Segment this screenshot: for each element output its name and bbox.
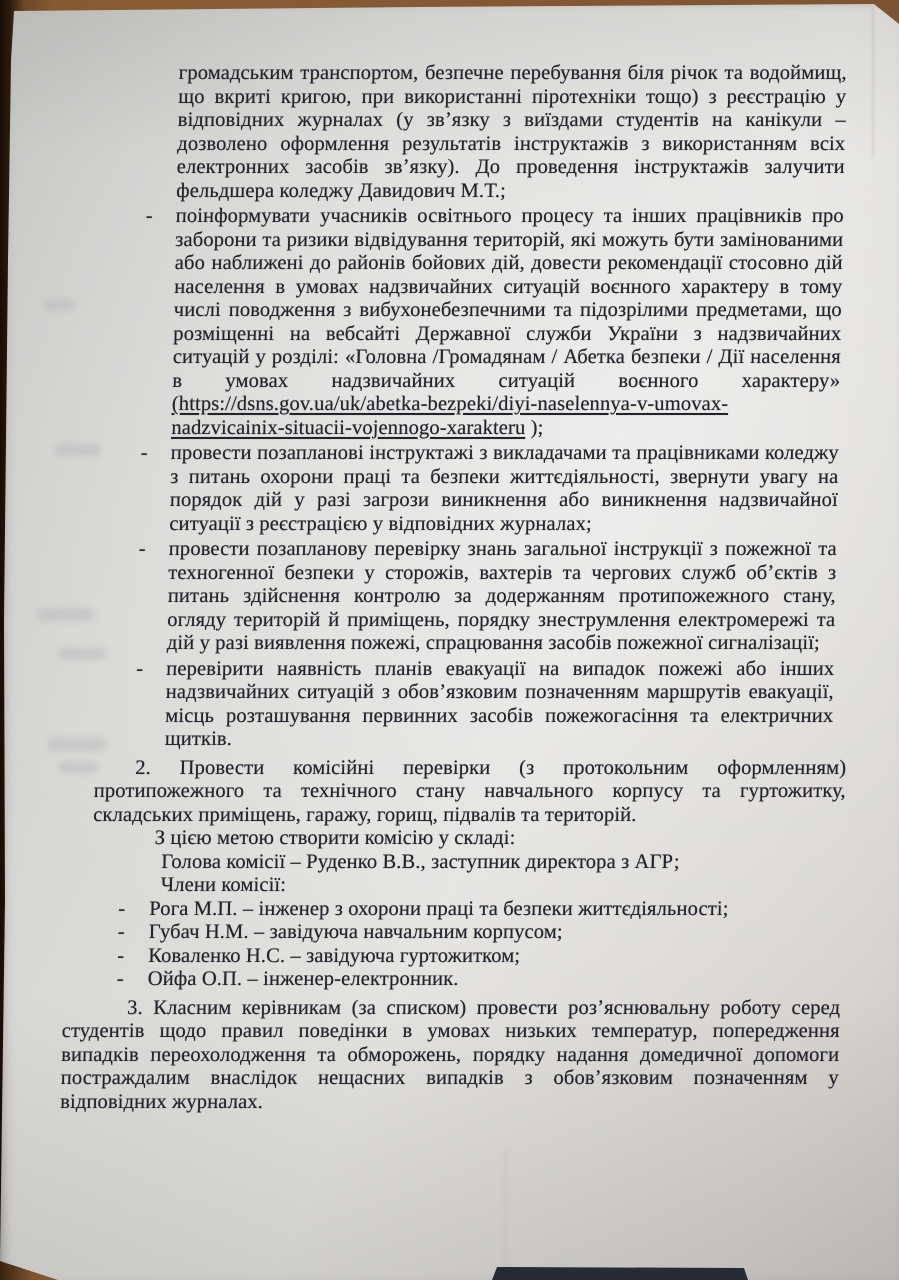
bullet-dash: -	[118, 921, 149, 945]
item-3-paragraph: 3. Класним керівникам (за списком) прове…	[60, 997, 840, 1115]
bullet-dash: -	[117, 968, 148, 992]
commission-members-heading: Члени комісії:	[160, 874, 829, 898]
commission-purpose-line: З цією метою створити комісію у складі:	[154, 827, 830, 851]
paragraph-text: 3. Класним керівникам (за списком) прове…	[60, 997, 840, 1113]
photo-of-document: { "document": { "language": "uk", "bulle…	[0, 0, 899, 1280]
line-text: Члени комісії:	[161, 874, 287, 896]
member-text: Ойфа О.П. – інженер-електронник.	[148, 968, 459, 990]
member-text: Губач Н.М. – завідуюча навчальним корпус…	[149, 921, 563, 943]
bullet-dash: -	[136, 658, 166, 682]
member-text: Коваленко Н.С. – завідуюча гуртожитком;	[148, 945, 520, 967]
commission-member-row: -Коваленко Н.С. – завідуюча гуртожитком;	[148, 945, 828, 969]
list-item-evacuation-plans: -перевірити наявність планів евакуації н…	[165, 658, 835, 752]
commission-member-row: -Губач Н.М. – завідуюча навчальним корпу…	[149, 921, 829, 945]
bullet-text: провести позапланову перевірку знань заг…	[167, 538, 837, 654]
dsns-url-link: (https://dsns.gov.ua/uk/abetka-bezpeki/d…	[171, 393, 728, 439]
paragraph-text: 2. Провести комісійні перевірки (з прото…	[93, 757, 846, 826]
bullet-text: поінформувати учасників освітнього проце…	[172, 205, 844, 392]
ink-bleedthrough-mark	[44, 300, 74, 310]
line-text: З цією метою створити комісію у складі:	[155, 827, 516, 849]
continuation-paragraph: громадським транспортом, безпечне перебу…	[176, 62, 847, 203]
page-fold-crease	[505, 1150, 507, 1278]
bullet-dash: -	[118, 898, 149, 922]
bullet-dash: -	[117, 945, 148, 969]
document-text: громадським транспортом, безпечне перебу…	[73, 62, 847, 1114]
paragraph-text: громадським транспортом, безпечне перебу…	[176, 62, 847, 202]
list-item-inform: -поінформувати учасників освітнього проц…	[171, 205, 844, 440]
bullet-dash: -	[141, 442, 171, 466]
commission-chair-line: Голова комісії – Руденко В.В., заступник…	[161, 851, 830, 875]
bullet-text: перевірити наявність планів евакуації на…	[165, 658, 835, 751]
bullet-text-tail: );	[525, 417, 543, 439]
item-2-paragraph: 2. Провести комісійні перевірки (з прото…	[93, 757, 846, 828]
commission-member-row: -Рога М.П. – інженер з охорони праці та …	[149, 898, 829, 922]
line-text: Голова комісії – Руденко В.В., заступник…	[161, 851, 680, 873]
document-page: громадським транспортом, безпечне перебу…	[0, 0, 899, 1280]
bullet-dash: -	[146, 205, 176, 229]
list-item-briefings: -провести позапланові інструктажі з викл…	[169, 442, 839, 536]
bullet-text: провести позапланові інструктажі з викла…	[169, 442, 839, 535]
member-text: Рога М.П. – інженер з охорони праці та б…	[149, 898, 729, 920]
commission-member-row: -Ойфа О.П. – інженер-електронник.	[148, 968, 828, 992]
bullet-dash: -	[139, 538, 169, 562]
list-item-knowledge-check: -провести позапланову перевірку знань за…	[167, 538, 837, 656]
page-edge-crease	[872, 8, 874, 158]
